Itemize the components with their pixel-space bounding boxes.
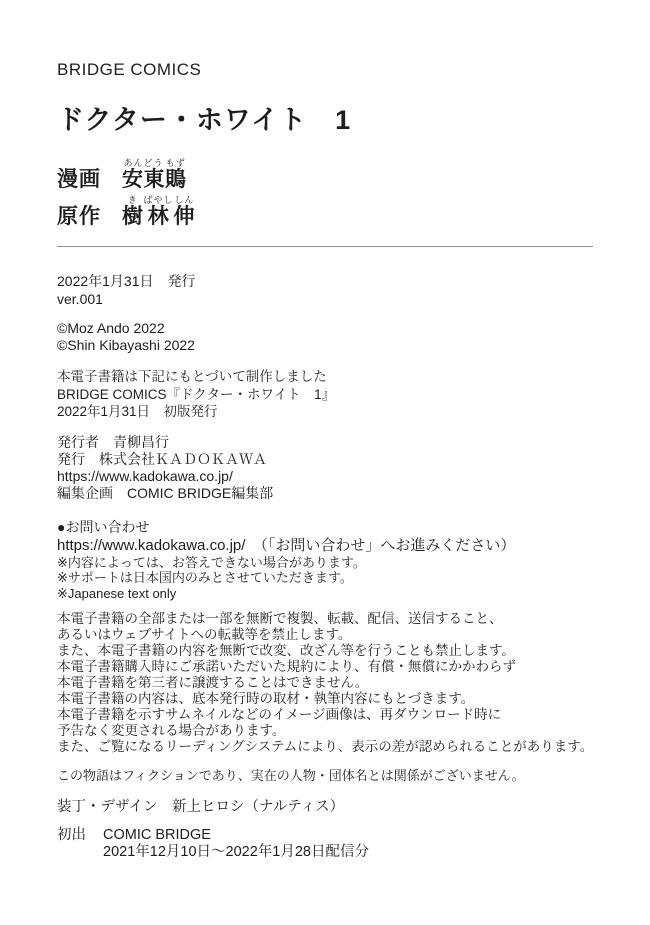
copyright-line: ©Shin Kibayashi 2022 bbox=[57, 337, 593, 354]
first-publication-magazine: COMIC BRIDGE bbox=[103, 827, 369, 845]
design-credit: 装丁・デザイン 新上ヒロシ（ナルティス） bbox=[57, 798, 593, 816]
fiction-disclaimer: この物語はフィクションであり、実在の人物・団体名とは関係がございません。 bbox=[57, 768, 593, 783]
credit-name-segment: 林ばやし bbox=[144, 205, 174, 228]
credit-name-segment: 樹き bbox=[122, 205, 144, 228]
edition-version-line: ver.001 bbox=[57, 290, 593, 308]
contact-heading: ●お問い合わせ bbox=[57, 518, 593, 536]
edition-info: 2022年1月31日 発行 ver.001 bbox=[57, 272, 593, 308]
source-note-line: 2022年1月31日 初版発行 bbox=[57, 403, 593, 421]
credit-name-ruby: もず bbox=[165, 158, 186, 168]
colophon-page: BRIDGE COMICS ドクター・ホワイト 1 漫画 安東あんどう鵙もず 原… bbox=[0, 0, 650, 925]
credit-name-ruby: ばやし bbox=[144, 195, 174, 205]
credit-name-base: 鵙 bbox=[165, 168, 187, 191]
credit-name-base: 伸 bbox=[174, 205, 196, 228]
contact-note-line: ※内容によっては、お答えできない場合があります。 bbox=[57, 555, 593, 571]
contact-note-line: ※Japanese text only bbox=[57, 586, 593, 602]
legal-line: また、本電子書籍の内容を無断で改変、改ざん等を行うことも禁止します。 bbox=[57, 643, 593, 659]
divider-rule bbox=[57, 246, 593, 247]
credit-name-segment: 鵙もず bbox=[165, 168, 187, 191]
credit-name-segment: 伸しん bbox=[174, 205, 196, 228]
legal-line: 本電子書籍を第三者に譲渡することはできません。 bbox=[57, 675, 593, 691]
credit-name-story: 樹き林ばやし伸しん bbox=[122, 195, 195, 230]
legal-notice: 本電子書籍の全部または一部を無断で複製、転載、配信、送信すること、 あるいはウェ… bbox=[57, 611, 593, 755]
legal-line: 本電子書籍の内容は、底本発行時の取材・執筆内容にもとづきます。 bbox=[57, 691, 593, 707]
first-publication-dates: 2021年12月10日～2022年1月28日配信分 bbox=[103, 844, 369, 862]
credits: 漫画 安東あんどう鵙もず 原作 樹き林ばやし伸しん bbox=[57, 158, 593, 230]
credit-name-art: 安東あんどう鵙もず bbox=[122, 158, 187, 193]
publisher-person-line: 発行者 青柳昌行 bbox=[57, 434, 593, 451]
credit-row-art: 漫画 安東あんどう鵙もず bbox=[57, 158, 593, 193]
source-note-line: 本電子書籍は下記にもとづいて制作しました bbox=[57, 368, 593, 386]
credit-row-story: 原作 樹き林ばやし伸しん bbox=[57, 195, 593, 230]
credit-name-base: 安東 bbox=[122, 168, 165, 191]
first-publication: 初出 COMIC BRIDGE 2021年12月10日～2022年1月28日配信… bbox=[57, 827, 593, 862]
credit-name-ruby: しん bbox=[174, 195, 195, 205]
legal-line: 本電子書籍購入時にご承諾いただいた規約により、有償・無償にかかわらず bbox=[57, 659, 593, 675]
publisher-company-line: 発行 株式会社ＫＡＤＯＫＡＷＡ bbox=[57, 451, 593, 468]
credit-name-base: 樹 bbox=[122, 205, 144, 228]
contact-notes: ※内容によっては、お答えできない場合があります。 ※サポートは日本国内のみとさせ… bbox=[57, 555, 593, 602]
first-publication-label: 初出 bbox=[57, 827, 86, 862]
contact-note-line: ※サポートは日本国内のみとさせていただきます。 bbox=[57, 570, 593, 586]
credit-role-art: 漫画 bbox=[57, 163, 101, 193]
credit-name-segment: 安東あんどう bbox=[122, 168, 165, 191]
first-publication-details: COMIC BRIDGE 2021年12月10日～2022年1月28日配信分 bbox=[103, 827, 369, 862]
credit-name-base: 林 bbox=[144, 205, 174, 228]
book-title: ドクター・ホワイト 1 bbox=[57, 104, 593, 136]
source-note: 本電子書籍は下記にもとづいて制作しました BRIDGE COMICS『ドクター・… bbox=[57, 368, 593, 421]
publisher-info: 発行者 青柳昌行 発行 株式会社ＫＡＤＯＫＡＷＡ https://www.kad… bbox=[57, 434, 593, 503]
imprint-label: BRIDGE COMICS bbox=[57, 61, 593, 79]
copyright-line: ©Moz Ando 2022 bbox=[57, 320, 593, 337]
legal-line: あるいはウェブサイトへの転載等を禁止します。 bbox=[57, 627, 593, 643]
legal-line: 予告なく変更される場合があります。 bbox=[57, 723, 593, 739]
credit-name-ruby: あんどう bbox=[122, 158, 165, 168]
edition-date-line: 2022年1月31日 発行 bbox=[57, 272, 593, 290]
legal-line: 本電子書籍を示すサムネイルなどのイメージ画像は、再ダウンロード時に bbox=[57, 707, 593, 723]
publisher-url: https://www.kadokawa.co.jp/ bbox=[57, 468, 593, 485]
credit-role-story: 原作 bbox=[57, 200, 101, 230]
legal-line: また、ご覧になるリーディングシステムにより、表示の差が認められることがあります。 bbox=[57, 739, 593, 755]
editorial-line: 編集企画 COMIC BRIDGE編集部 bbox=[57, 485, 593, 502]
source-note-line: BRIDGE COMICS『ドクター・ホワイト 1』 bbox=[57, 386, 593, 404]
contact-section: ●お問い合わせ https://www.kadokawa.co.jp/ （「お問… bbox=[57, 518, 593, 602]
copyright-info: ©Moz Ando 2022 ©Shin Kibayashi 2022 bbox=[57, 320, 593, 354]
credit-name-ruby: き bbox=[122, 195, 143, 205]
legal-line: 本電子書籍の全部または一部を無断で複製、転載、配信、送信すること、 bbox=[57, 611, 593, 627]
contact-url: https://www.kadokawa.co.jp/ （「お問い合わせ」へお進… bbox=[57, 536, 593, 555]
